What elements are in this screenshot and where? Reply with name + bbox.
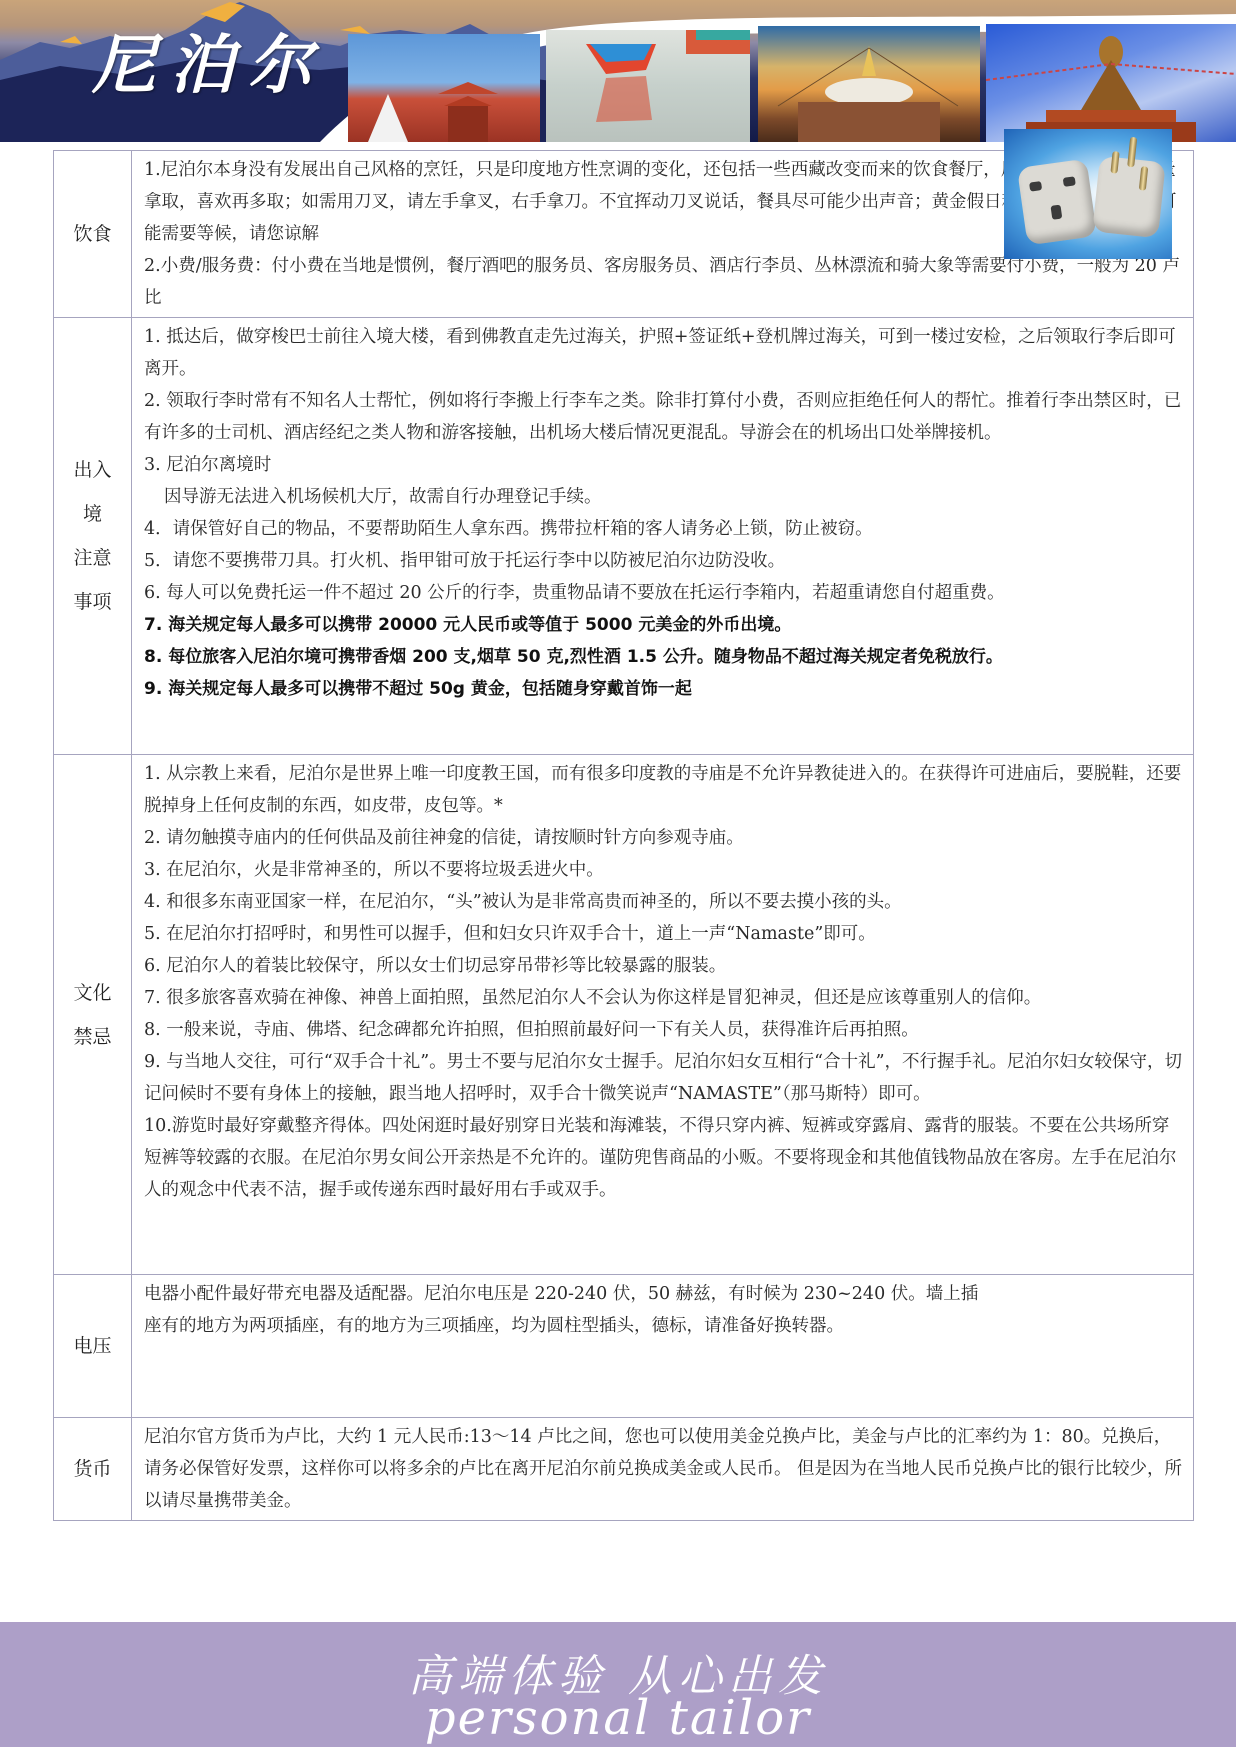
- entry-item-3-detail: 因导游无法进入机场候机大厅，故需自行办理登记手续。: [144, 481, 1185, 513]
- culture-item-8: 8. 一般来说，寺庙、佛塔、纪念碑都允许拍照，但拍照前最好问一下有关人员，获得准…: [144, 1014, 1185, 1046]
- row-label-culture: 文化 禁忌: [54, 755, 132, 1275]
- travel-info-table: 饮食 1.尼泊尔本身没有发展出自己风格的烹饪，只是印度地方性烹调的变化，还包括一…: [53, 150, 1194, 1521]
- label-line: 文化: [54, 971, 131, 1015]
- entry-item-7: 7. 海关规定每人最多可以携带 20000 元人民币或等值于 5000 元美金的…: [144, 609, 1185, 641]
- label-line: 出入: [54, 448, 131, 492]
- entry-item-4: 4．请保管好自己的物品，不要帮助陌生人拿东西。携带拉杆箱的客人请务必上锁，防止被…: [144, 513, 1185, 545]
- durbar-square-photo: [348, 34, 540, 142]
- adapter-socket-icon: [1016, 158, 1096, 245]
- entry-item-8: 8. 每位旅客入尼泊尔境可携带香烟 200 支,烟草 50 克,烈性酒 1.5 …: [144, 641, 1185, 673]
- adapter-plug-icon: [1092, 155, 1166, 237]
- row-label-voltage: 电压: [54, 1275, 132, 1418]
- footer-subtitle: personal tailor: [0, 1690, 1236, 1746]
- row-content-entry: 1. 抵达后，做穿梭巴士前往入境大楼，看到佛教直走先过海关，护照+签证纸+登机牌…: [132, 318, 1194, 755]
- culture-item-9: 9. 与当地人交往，可行“双手合十礼”。男士不要与尼泊尔女士握手。尼泊尔妇女互相…: [144, 1046, 1185, 1110]
- boudhanath-stupa-photo: [758, 26, 980, 142]
- culture-item-4: 4. 和很多东南亚国家一样，在尼泊尔，“头”被认为是非常高贵而神圣的，所以不要去…: [144, 886, 1185, 918]
- entry-item-9: 9. 海关规定每人最多可以携带不超过 50g 黄金，包括随身穿戴首饰一起: [144, 673, 1185, 705]
- culture-item-6: 6. 尼泊尔人的着装比较保守，所以女士们切忌穿吊带衫等比较暴露的服装。: [144, 950, 1185, 982]
- entry-item-3: 3. 尼泊尔离境时: [144, 449, 1185, 481]
- entry-item-1: 1. 抵达后，做穿梭巴士前往入境大楼，看到佛教直走先过海关，护照+签证纸+登机牌…: [144, 321, 1185, 385]
- food-item-2: 2.小费/服务费：付小费在当地是惯例，餐厅酒吧的服务员、客房服务员、酒店行李员、…: [144, 250, 1185, 314]
- header-banner: 尼泊尔: [0, 0, 1236, 142]
- plug-adapter-photo: [1004, 129, 1172, 259]
- culture-item-7: 7. 很多旅客喜欢骑在神像、神兽上面拍照，虽然尼泊尔人不会认为你这样是冒犯神灵，…: [144, 982, 1185, 1014]
- culture-item-10: 10.游览时最好穿戴整齐得体。四处闲逛时最好别穿日光装和海滩装，不得只穿内裤、短…: [144, 1110, 1185, 1206]
- entry-item-6: 6. 每人可以免费托运一件不超过 20 公斤的行李，贵重物品请不要放在托运行李箱…: [144, 577, 1185, 609]
- label-line: 境: [54, 492, 131, 536]
- label-line: 禁忌: [54, 1015, 131, 1059]
- row-label-food: 饮食: [54, 151, 132, 318]
- row-content-currency: 尼泊尔官方货币为卢比，大约 1 元人民币:13～14 卢比之间，您也可以使用美金…: [132, 1418, 1194, 1521]
- entry-item-5: 5．请您不要携带刀具。打火机、指甲钳可放于托运行李中以防被尼泊尔边防没收。: [144, 545, 1185, 577]
- footer-banner: 高端体验 从心出发 personal tailor: [0, 1622, 1236, 1747]
- entry-item-2: 2. 领取行李时常有不知名人士帮忙，例如将行李搬上行李车之类。除非打算付小费，否…: [144, 385, 1185, 449]
- culture-item-1: 1. 从宗教上来看，尼泊尔是世界上唯一印度教王国，而有很多印度教的寺庙是不允许异…: [144, 758, 1185, 822]
- swayambhunath-stupa-photo: [986, 24, 1236, 142]
- voltage-text: 电器小配件最好带充电器及适配器。尼泊尔电压是 220-240 伏，50 赫兹，有…: [144, 1278, 994, 1342]
- row-content-voltage: 电器小配件最好带充电器及适配器。尼泊尔电压是 220-240 伏，50 赫兹，有…: [132, 1275, 1194, 1418]
- table-row-currency: 货币 尼泊尔官方货币为卢比，大约 1 元人民币:13～14 卢比之间，您也可以使…: [54, 1418, 1194, 1521]
- culture-item-2: 2. 请勿触摸寺庙内的任何供品及前往神龛的信徒，请按顺时针方向参观寺庙。: [144, 822, 1185, 854]
- label-line: 事项: [54, 580, 131, 624]
- row-label-entry: 出入 境 注意 事项: [54, 318, 132, 755]
- boat-reflection-photo: [546, 30, 750, 142]
- row-content-culture: 1. 从宗教上来看，尼泊尔是世界上唯一印度教王国，而有很多印度教的寺庙是不允许异…: [132, 755, 1194, 1275]
- label-line: 注意: [54, 536, 131, 580]
- culture-item-3: 3. 在尼泊尔，火是非常神圣的，所以不要将垃圾丢进火中。: [144, 854, 1185, 886]
- table-row-voltage: 电压 电器小配件最好带充电器及适配器。尼泊尔电压是 220-240 伏，50 赫…: [54, 1275, 1194, 1418]
- row-label-currency: 货币: [54, 1418, 132, 1521]
- table-row-entry: 出入 境 注意 事项 1. 抵达后，做穿梭巴士前往入境大楼，看到佛教直走先过海关…: [54, 318, 1194, 755]
- culture-item-5: 5. 在尼泊尔打招呼时，和男性可以握手，但和妇女只许双手合十，道上一声“Nama…: [144, 918, 1185, 950]
- table-row-culture: 文化 禁忌 1. 从宗教上来看，尼泊尔是世界上唯一印度教王国，而有很多印度教的寺…: [54, 755, 1194, 1275]
